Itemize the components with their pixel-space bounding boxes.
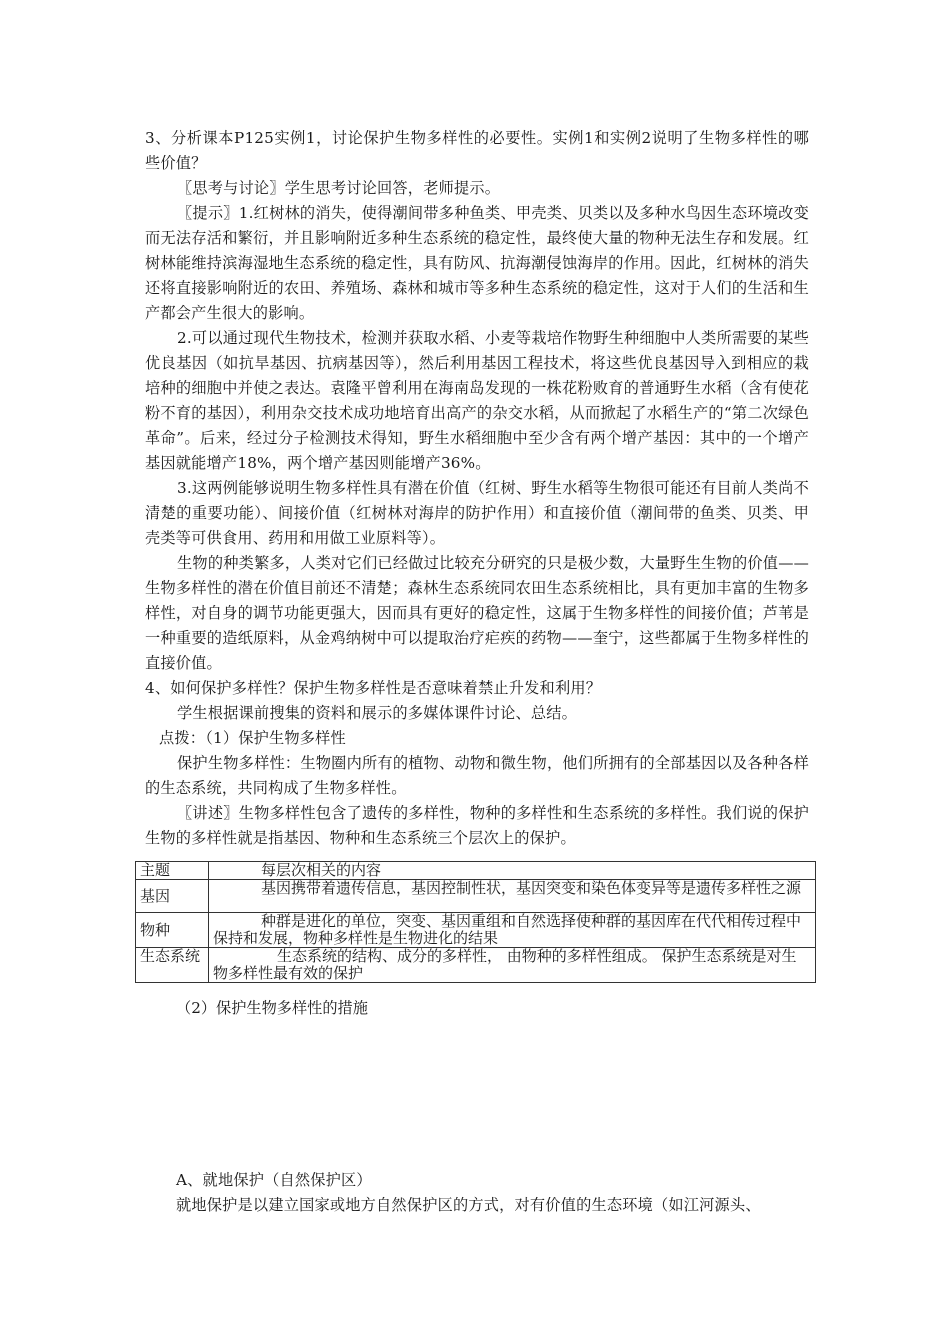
student-activity: 学生根据课前搜集的资料和展示的多媒体课件讨论、总结。: [145, 701, 809, 726]
table-row: 生态系统 生态系统的结构、成分的多样性， 由物种的多样性组成。 保护生态系统是对…: [136, 948, 816, 983]
question-3: 3、分析课本P125实例1，讨论保护生物多样性的必要性。实例1和实例2说明了生物…: [145, 126, 809, 176]
header-content: 每层次相关的内容: [209, 862, 816, 880]
document-body: 3、分析课本P125实例1，讨论保护生物多样性的必要性。实例1和实例2说明了生物…: [145, 126, 809, 851]
discussion-prompt: 〖思考与讨论〗学生思考讨论回答，老师提示。: [145, 176, 809, 201]
table-row: 基因 基因携带着遗传信息，基因控制性状，基因突变和染色体变异等是遗传多样性之源: [136, 880, 816, 913]
question-4: 4、如何保护多样性？保护生物多样性是否意味着禁止升发和利用？: [145, 676, 809, 701]
value-summary: 生物的种类繁多，人类对它们已经做过比较充分研究的只是极少数，大量野生生物的价值—…: [145, 551, 809, 676]
table-header-row: 主题 每层次相关的内容: [136, 862, 816, 880]
hint-1: 〖提示〗1.红树林的消失，使得潮间带多种鱼类、甲壳类、贝类以及多种水鸟因生态环境…: [145, 201, 809, 326]
row-topic: 基因: [136, 880, 209, 913]
point-1-heading: 点拨：（1）保护生物多样性: [145, 726, 809, 751]
biodiversity-definition: 保护生物多样性：生物圈内所有的植物、动物和微生物，他们所拥有的全部基因以及各种各…: [145, 751, 809, 801]
biodiversity-levels-table: 主题 每层次相关的内容 基因 基因携带着遗传信息，基因控制性状，基因突变和染色体…: [135, 861, 816, 983]
hint-3: 3.这两例能够说明生物多样性具有潜在价值（红树、野生水稻等生物很可能还有目前人类…: [145, 476, 809, 551]
measure-a: A、就地保护（自然保护区） 就地保护是以建立国家或地方自然保护区的方式，对有价值…: [176, 1168, 816, 1218]
section-2-heading: （2）保护生物多样性的措施: [176, 996, 368, 1021]
measure-a-text: 就地保护是以建立国家或地方自然保护区的方式，对有价值的生态环境（如江河源头、: [176, 1193, 816, 1218]
lecture-note: 〖讲述〗生物多样性包含了遗传的多样性，物种的多样性和生态系统的多样性。我们说的保…: [145, 801, 809, 851]
table-row: 物种 种群是进化的单位，突变、基因重组和自然选择使种群的基因库在代代相传过程中保…: [136, 913, 816, 948]
measure-a-title: A、就地保护（自然保护区）: [176, 1168, 816, 1193]
row-content: 基因携带着遗传信息，基因控制性状，基因突变和染色体变异等是遗传多样性之源: [209, 880, 816, 913]
row-topic: 生态系统: [136, 948, 209, 983]
row-content: 生态系统的结构、成分的多样性， 由物种的多样性组成。 保护生态系统是对生物多样性…: [209, 948, 816, 983]
hint-2: 2.可以通过现代生物技术，检测并获取水稻、小麦等栽培作物野生种细胞中人类所需要的…: [145, 326, 809, 476]
row-content: 种群是进化的单位，突变、基因重组和自然选择使种群的基因库在代代相传过程中保持和发…: [209, 913, 816, 948]
row-topic: 物种: [136, 913, 209, 948]
header-topic: 主题: [136, 862, 209, 880]
